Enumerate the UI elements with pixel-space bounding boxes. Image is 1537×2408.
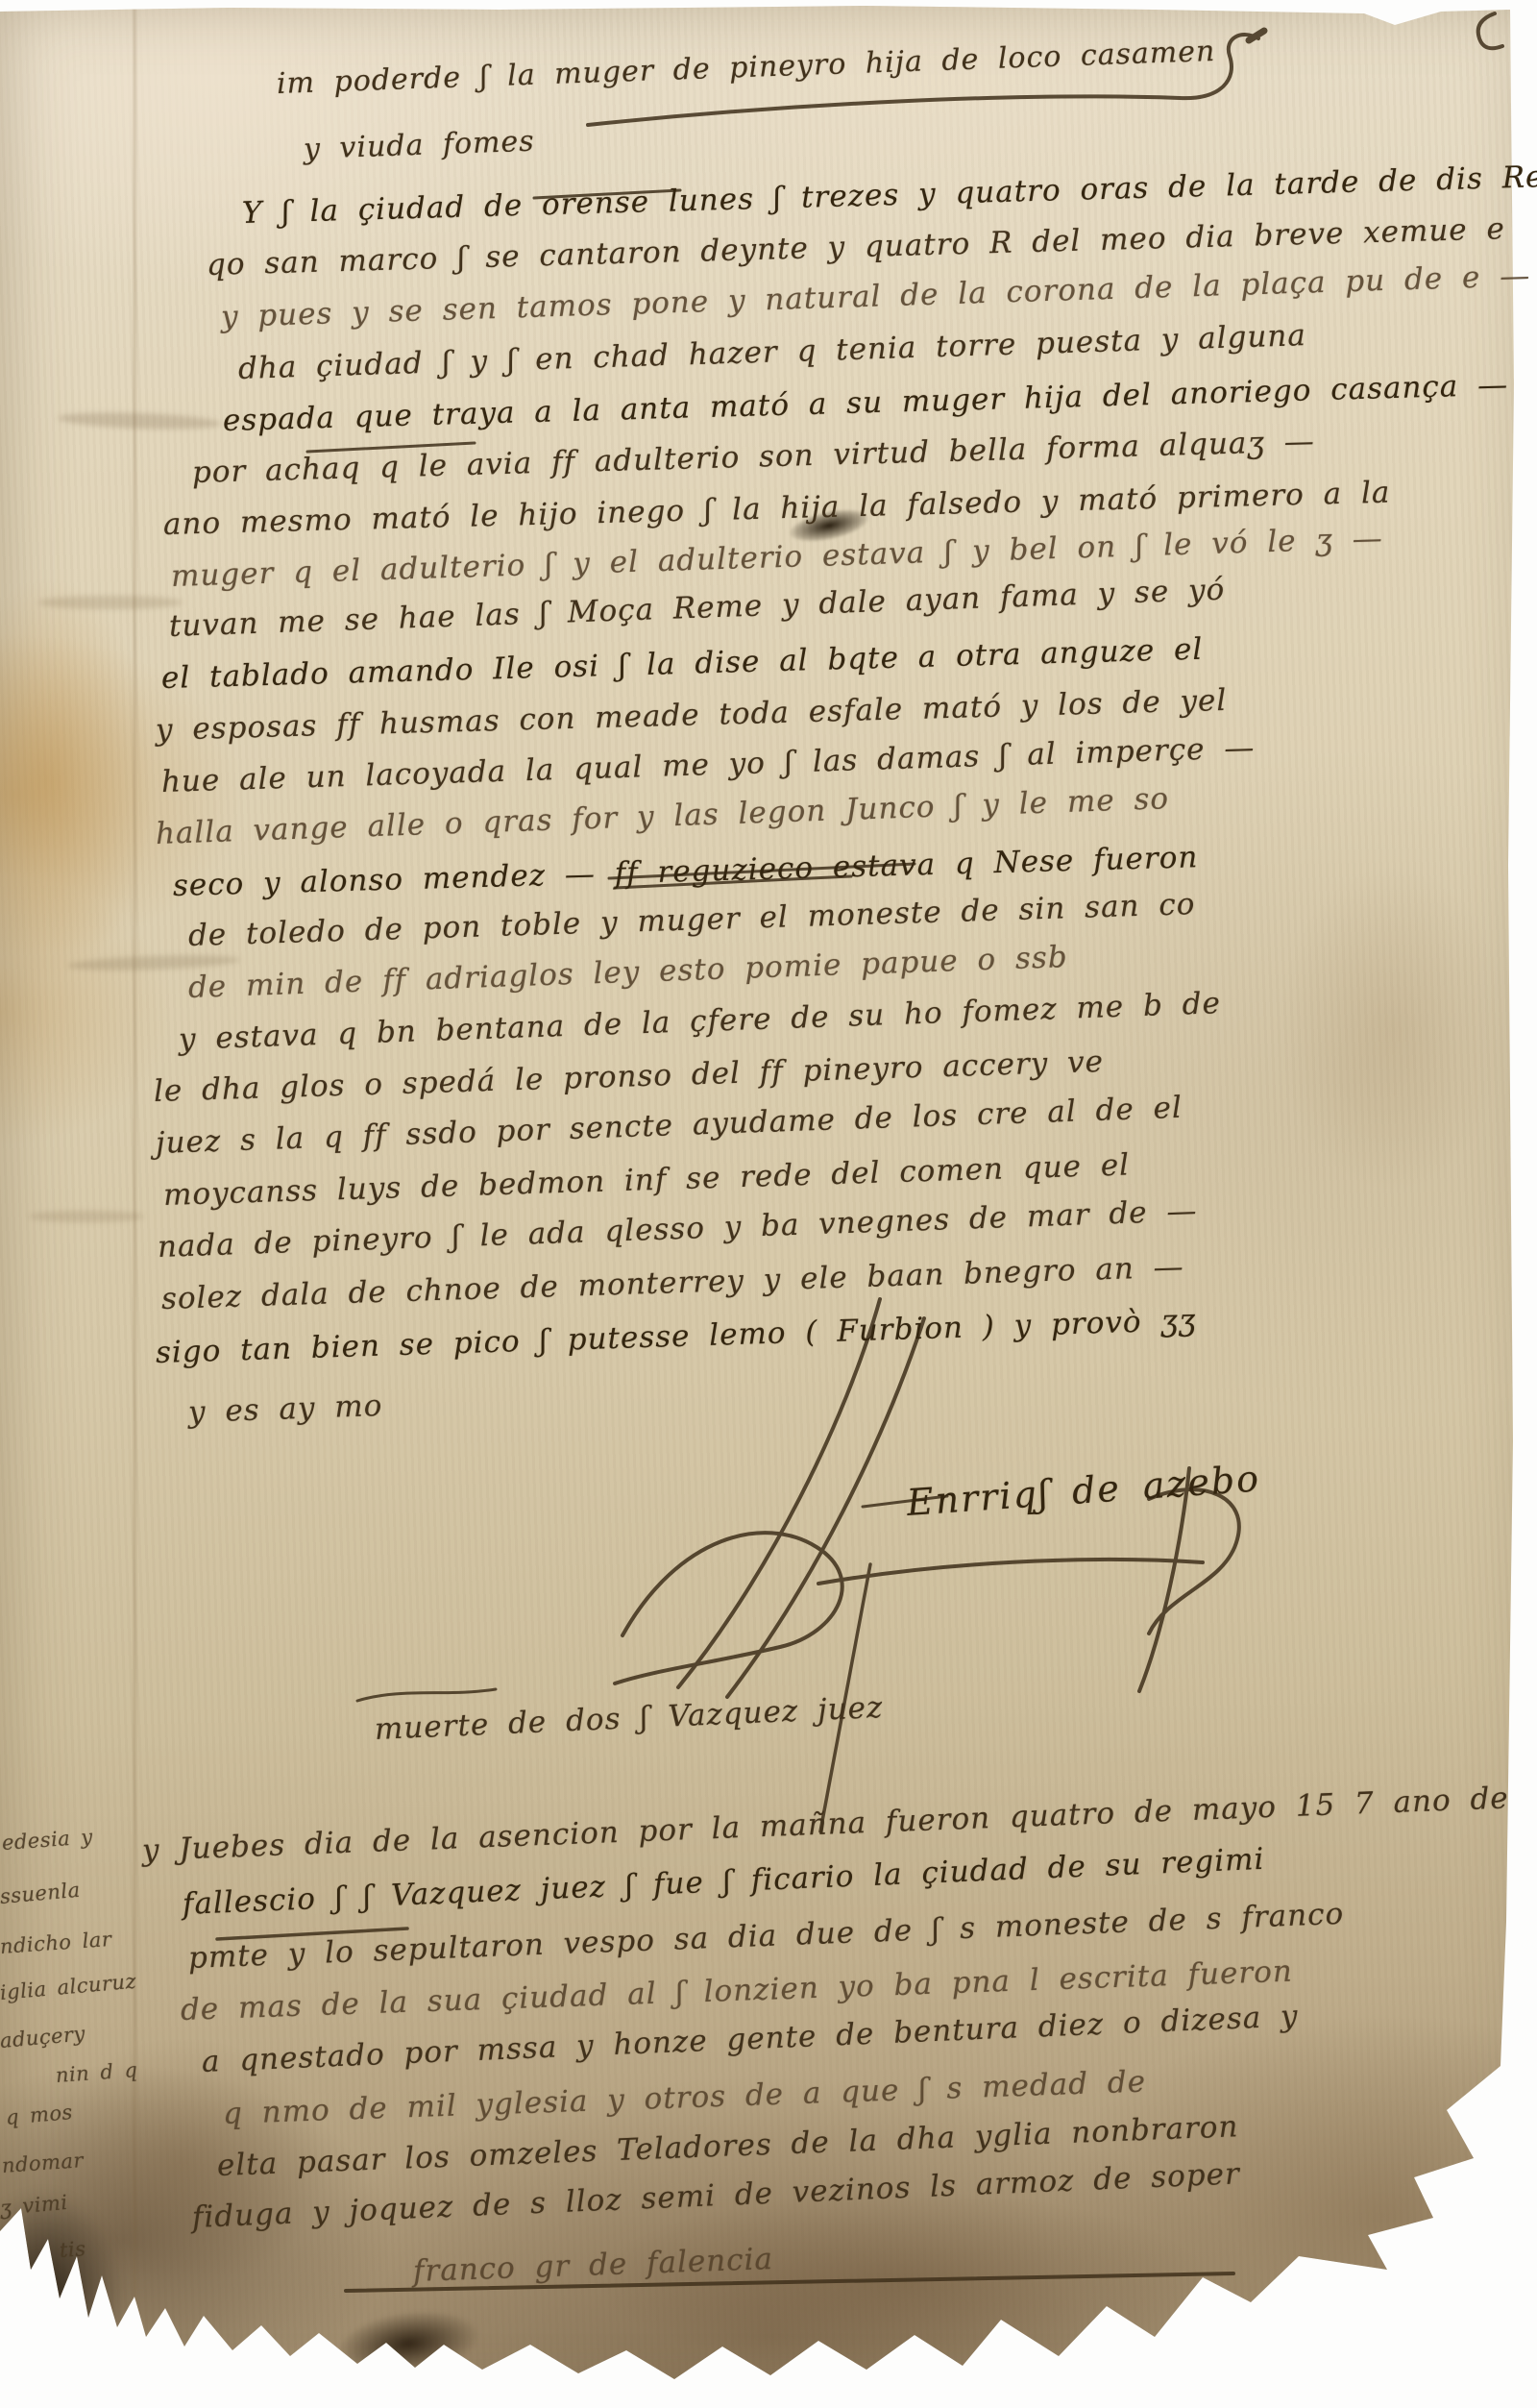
manuscript-line: y es ay mo — [187, 1388, 383, 1430]
showthrough-mark-2 — [38, 596, 183, 609]
stain-mid-right — [1278, 865, 1508, 1192]
margin-note: tis — [59, 2237, 86, 2262]
scan-canvas: im poderde ʃ la muger de pineyro hija de… — [0, 0, 1537, 2408]
showthrough-mark-4 — [29, 1211, 144, 1222]
stain-bottom-center — [596, 2191, 1210, 2373]
